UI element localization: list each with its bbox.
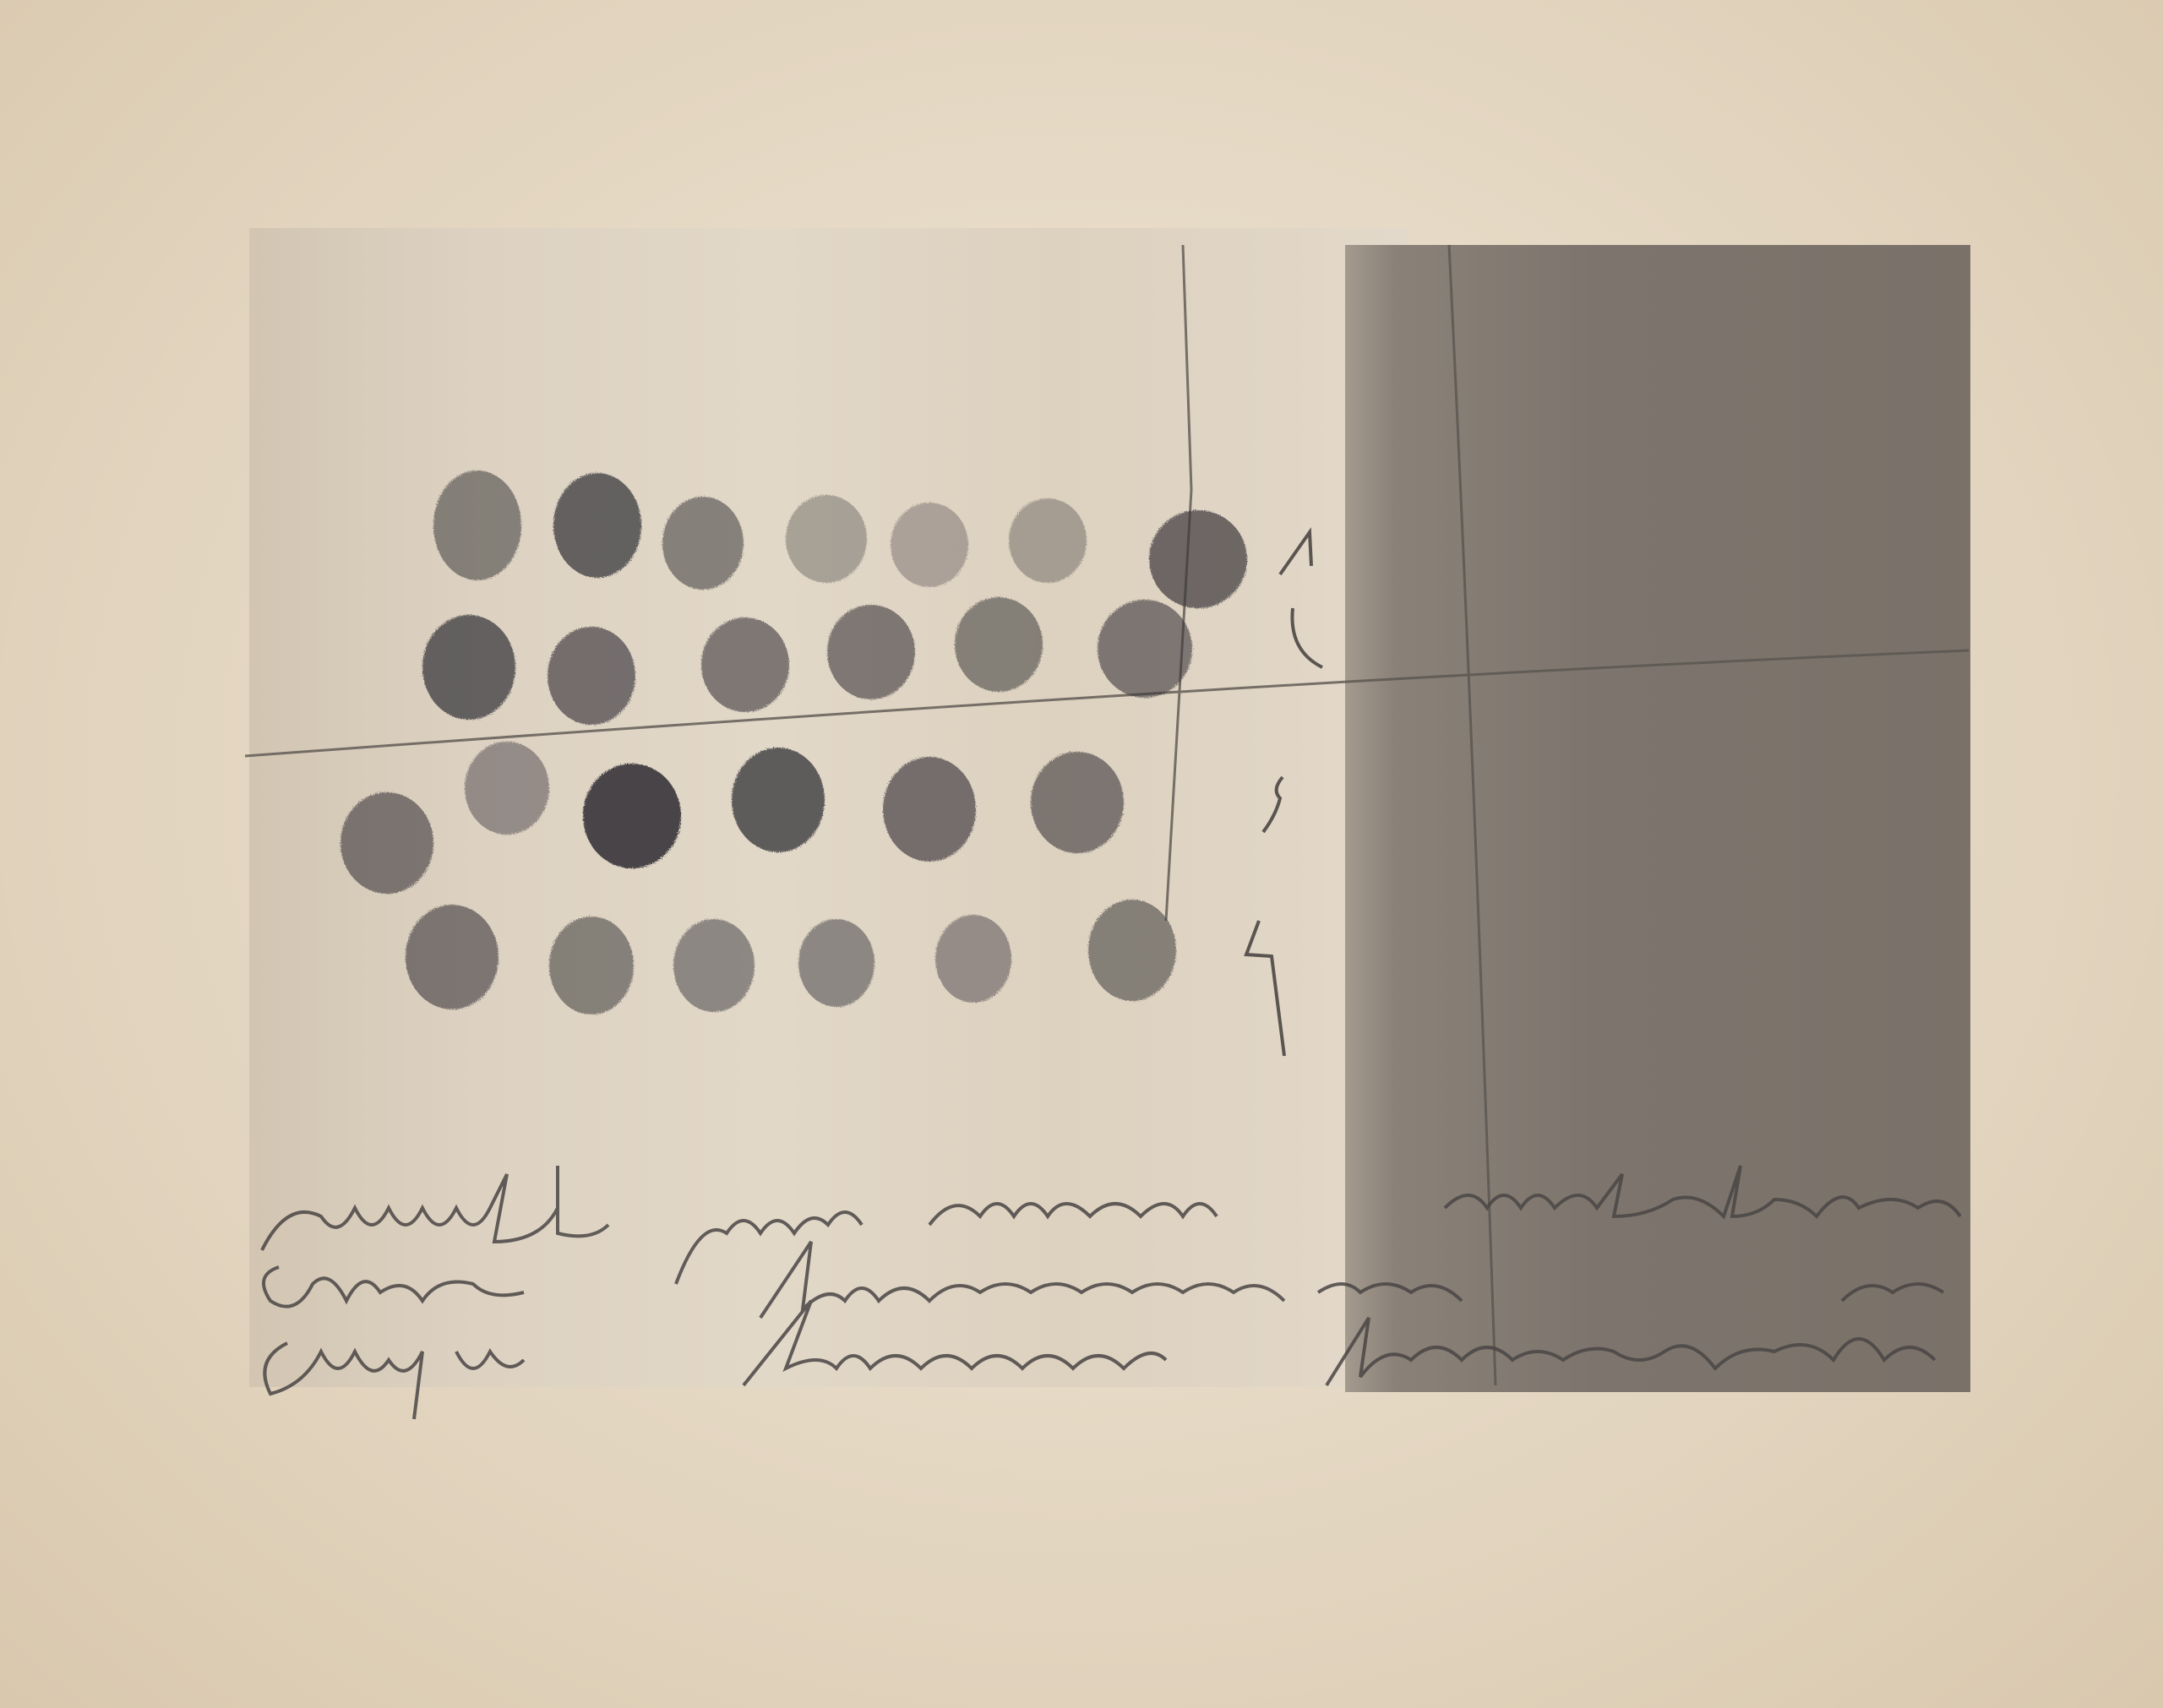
artwork-drawing <box>0 0 2163 1708</box>
handwriting <box>262 1166 1960 1419</box>
fingerprints <box>341 471 1247 1014</box>
row-number-marks <box>1246 532 1322 1056</box>
